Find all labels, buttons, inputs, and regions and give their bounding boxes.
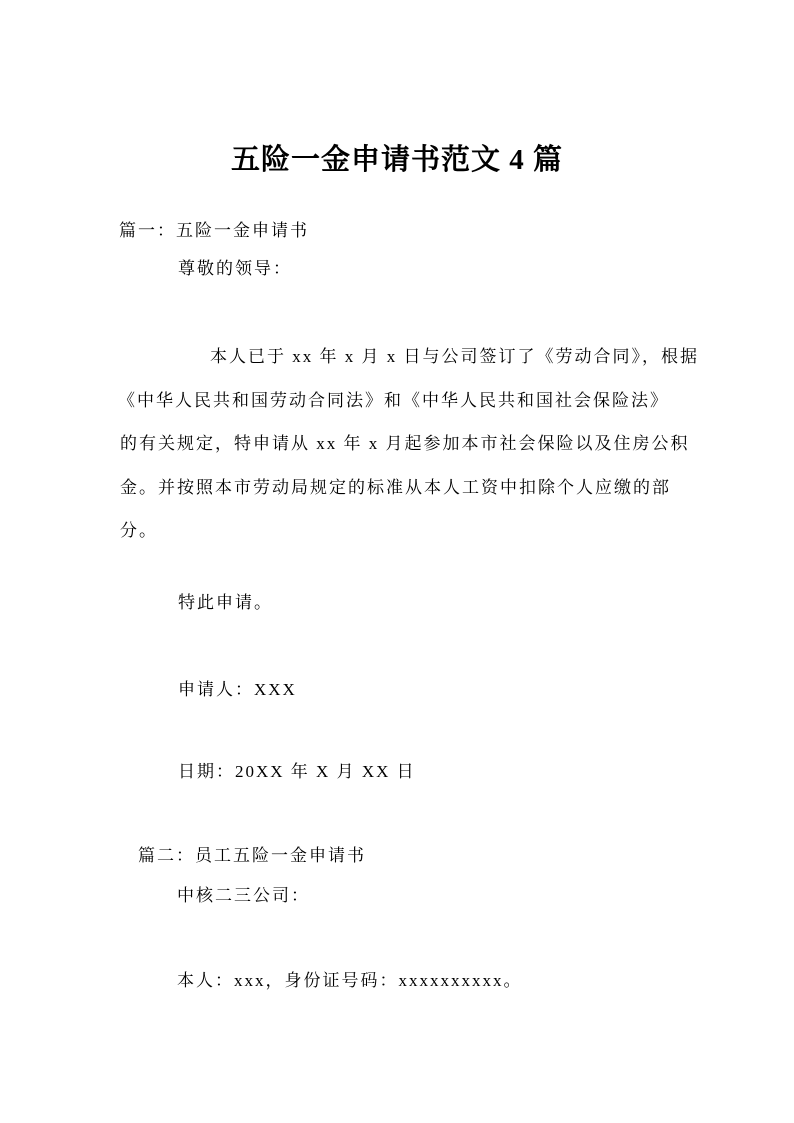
- section1-heading: 篇一：五险一金申请书: [119, 220, 309, 241]
- document-title: 五险一金申请书范文 4 篇: [0, 143, 794, 178]
- section1-signature: 申请人：XXX: [178, 679, 297, 700]
- section1-body-line: 金。并按照本市劳动局规定的标准从本人工资中扣除个人应缴的部: [120, 477, 671, 498]
- document-page: 五险一金申请书范文 4 篇 篇一：五险一金申请书 尊敬的领导： 本人已于 xx …: [0, 0, 794, 1123]
- section2-body-line: 本人：xxx，身份证号码：xxxxxxxxxx。: [177, 970, 523, 991]
- section1-closing: 特此申请。: [178, 592, 273, 613]
- section2-salutation: 中核二三公司：: [177, 885, 310, 906]
- section1-date: 日期：20XX 年 X 月 XX 日: [178, 761, 416, 782]
- section1-body-line: 《中华人民共和国劳动合同法》和《中华人民共和国社会保险法》: [118, 390, 669, 411]
- section1-salutation: 尊敬的领导：: [178, 258, 292, 279]
- section2-heading: 篇二：员工五险一金申请书: [138, 845, 366, 866]
- section1-body-line: 的有关规定，特申请从 xx 年 x 月起参加本市社会保险以及住房公积: [120, 433, 690, 454]
- section1-body-line: 本人已于 xx 年 x 月 x 日与公司签订了《劳动合同》，根据: [210, 346, 699, 367]
- section1-body-line: 分。: [120, 520, 158, 541]
